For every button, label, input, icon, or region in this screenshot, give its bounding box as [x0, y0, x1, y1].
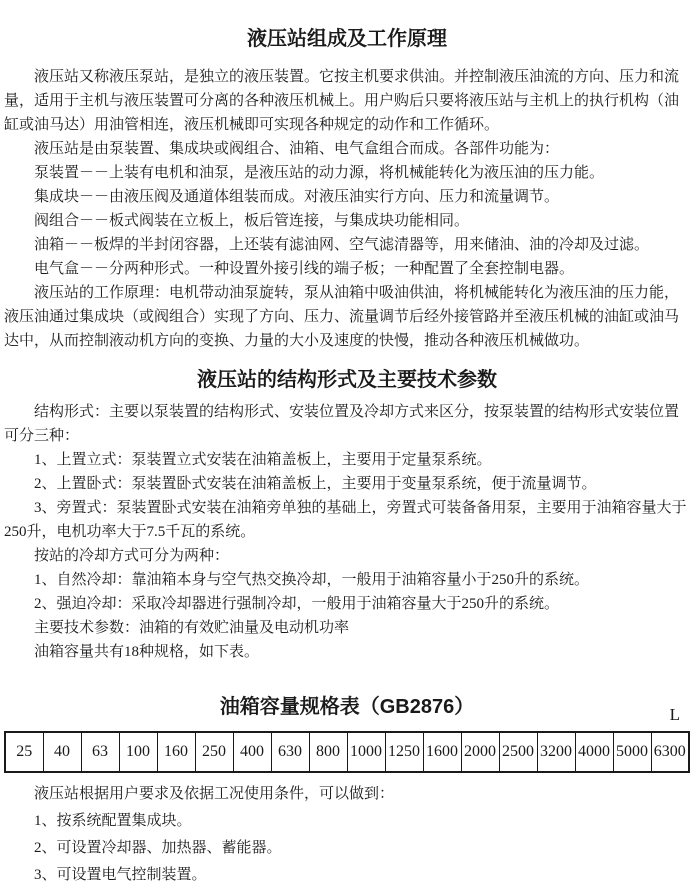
- capacity-cell: 4000: [575, 732, 613, 772]
- document-page: 液压站组成及工作原理 液压站又称液压泵站，是独立的液压装置。它按主机要求供油。并…: [0, 0, 694, 888]
- para-cooling-intro: 按站的冷却方式可分为两种：: [4, 544, 690, 568]
- capacity-cell: 400: [233, 732, 271, 772]
- main-title: 液压站组成及工作原理: [4, 22, 690, 51]
- capacity-cell: 100: [119, 732, 157, 772]
- capacity-cell: 2000: [461, 732, 499, 772]
- capacity-cell: 2500: [499, 732, 537, 772]
- capacity-table-title: 油箱容量规格表（GB2876）: [4, 690, 690, 719]
- item-top-horizontal: 2、上置卧式：泵装置卧式安装在油箱盖板上，主要用于变量泵系统，便于流量调节。: [4, 472, 690, 496]
- para-valve-combo: 阀组合－－板式阀装在立板上，板后管连接，与集成块功能相同。: [4, 209, 690, 233]
- para-electric-box: 电气盒－－分两种形式。一种设置外接引线的端子板；一种配置了全套控制电器。: [4, 257, 690, 281]
- capacity-cell: 1600: [423, 732, 461, 772]
- capacity-row: 25 40 63 100 160 250 400 630 800 1000 12…: [5, 732, 689, 772]
- capacity-cell: 1000: [347, 732, 385, 772]
- item-manifold-config: 1、按系统配置集成块。: [4, 808, 690, 835]
- unit-label: L: [670, 705, 680, 725]
- capacity-table-header: 油箱容量规格表（GB2876） L: [4, 690, 690, 719]
- capacity-cell: 250: [195, 732, 233, 772]
- capacity-cell: 1250: [385, 732, 423, 772]
- capacity-cell: 800: [309, 732, 347, 772]
- item-forced-cooling: 2、强迫冷却：采取冷却器进行强制冷却，一般用于油箱容量大于250升的系统。: [4, 592, 690, 616]
- capacity-table: 25 40 63 100 160 250 400 630 800 1000 12…: [4, 731, 690, 773]
- item-electric-control: 3、可设置电气控制装置。: [4, 862, 690, 888]
- section-title-structure: 液压站的结构形式及主要技术参数: [4, 363, 690, 392]
- capacity-cell: 5000: [613, 732, 651, 772]
- customization-section: 液压站根据用户要求及依据工况使用条件，可以做到： 1、按系统配置集成块。 2、可…: [4, 781, 690, 888]
- para-components-intro: 液压站是由泵装置、集成块或阀组合、油箱、电气盒组合而成。各部件功能为：: [4, 137, 690, 161]
- item-top-vertical: 1、上置立式：泵装置立式安装在油箱盖板上，主要用于定量泵系统。: [4, 448, 690, 472]
- item-natural-cooling: 1、自然冷却：靠油箱本身与空气热交换冷却，一般用于油箱容量小于250升的系统。: [4, 568, 690, 592]
- capacity-cell: 63: [81, 732, 119, 772]
- capacity-cell: 40: [43, 732, 81, 772]
- para-overview: 液压站又称液压泵站，是独立的液压装置。它按主机要求供油。并控制液压油流的方向、压…: [4, 65, 690, 137]
- capacity-cell: 630: [271, 732, 309, 772]
- para-tank-specs: 油箱容量共有18种规格，如下表。: [4, 640, 690, 664]
- para-manifold: 集成块－－由液压阀及通道体组装而成。对液压油实行方向、压力和流量调节。: [4, 185, 690, 209]
- para-pump-unit: 泵装置－－上装有电机和油泵，是液压站的动力源，将机械能转化为液压油的压力能。: [4, 161, 690, 185]
- para-structure-intro: 结构形式：主要以泵装置的结构形式、安装位置及冷却方式来区分，按泵装置的结构形式安…: [4, 400, 690, 448]
- capacity-cell: 160: [157, 732, 195, 772]
- para-customization-intro: 液压站根据用户要求及依据工况使用条件，可以做到：: [4, 781, 690, 808]
- capacity-cell: 6300: [651, 732, 689, 772]
- capacity-cell: 3200: [537, 732, 575, 772]
- para-tech-params: 主要技术参数：油箱的有效贮油量及电动机功率: [4, 616, 690, 640]
- item-side-mounted: 3、旁置式：泵装置卧式安装在油箱旁单独的基础上，旁置式可装备备用泵，主要用于油箱…: [4, 496, 690, 544]
- para-working-principle: 液压站的工作原理：电机带动油泵旋转，泵从油箱中吸油供油，将机械能转化为液压油的压…: [4, 281, 690, 353]
- item-cooler-heater: 2、可设置冷却器、加热器、蓄能器。: [4, 835, 690, 862]
- para-oil-tank: 油箱－－板焊的半封闭容器，上还装有滤油网、空气滤清器等，用来储油、油的冷却及过滤…: [4, 233, 690, 257]
- capacity-cell: 25: [5, 732, 43, 772]
